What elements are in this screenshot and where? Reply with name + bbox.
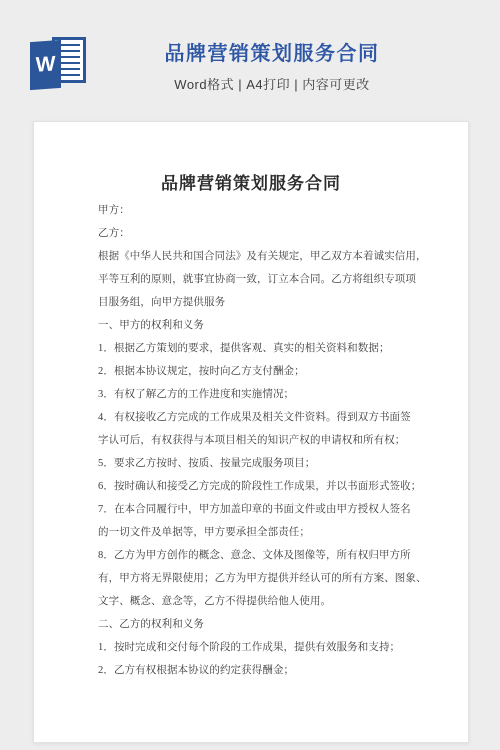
doc-line: 目服务组，向甲方提供服务: [98, 291, 412, 314]
header: W 品牌营销策划服务合同 Word格式 | A4打印 | 内容可更改: [0, 0, 500, 121]
document-body: 甲方： 乙方： 根据《中华人民共和国合同法》及有关规定，甲乙双方本着诚实信用， …: [34, 199, 468, 682]
doc-line: 的一切文件及单据等，甲方要承担全部责任；: [98, 521, 412, 544]
doc-line: 5．要求乙方按时、按质、按量完成服务项目；: [98, 452, 412, 475]
doc-line: 1．按时完成和交付每个阶段的工作成果，提供有效服务和支持；: [98, 636, 412, 659]
doc-line: 文字、概念、意念等，乙方不得提供给他人使用。: [98, 590, 412, 613]
doc-line: 平等互利的原则，就事宜协商一致，订立本合同。乙方将组织专项项: [98, 268, 412, 291]
document-page: 品牌营销策划服务合同 甲方： 乙方： 根据《中华人民共和国合同法》及有关规定，甲…: [33, 121, 469, 743]
doc-line: 6．按时确认和接受乙方完成的阶段性工作成果，并以书面形式签收；: [98, 475, 412, 498]
header-text: 品牌营销策划服务合同 Word格式 | A4打印 | 内容可更改: [0, 42, 500, 93]
doc-line: 2．根据本协议规定，按时向乙方支付酬金；: [98, 360, 412, 383]
doc-line: 2．乙方有权根据本协议的约定获得酬金；: [98, 659, 412, 682]
doc-line: 有，甲方将无界限使用；乙方为甲方提供并经认可的所有方案、图象、: [98, 567, 412, 590]
doc-line-party-b: 乙方：: [98, 222, 412, 245]
doc-line: 7．在本合同履行中，甲方加盖印章的书面文件或由甲方授权人签名: [98, 498, 412, 521]
doc-line: 3．有权了解乙方的工作进度和实施情况；: [98, 383, 412, 406]
doc-line: 1．根据乙方策划的要求，提供客观、真实的相关资料和数据；: [98, 337, 412, 360]
doc-line: 根据《中华人民共和国合同法》及有关规定，甲乙双方本着诚实信用，: [98, 245, 412, 268]
doc-line: 4．有权接收乙方完成的工作成果及相关文件资料。得到双方书面签: [98, 406, 412, 429]
doc-section-heading: 二、乙方的权利和义务: [98, 613, 412, 636]
doc-line: 8．乙方为甲方创作的概念、意念、文体及图像等，所有权归甲方所: [98, 544, 412, 567]
header-title: 品牌营销策划服务合同: [44, 42, 500, 66]
document-title: 品牌营销策划服务合同: [34, 169, 468, 194]
doc-line: 字认可后，有权获得与本项目相关的知识产权的申请权和所有权；: [98, 429, 412, 452]
doc-line-party-a: 甲方：: [98, 199, 412, 222]
doc-section-heading: 一、甲方的权利和义务: [98, 314, 412, 337]
header-subtitle: Word格式 | A4打印 | 内容可更改: [44, 74, 500, 93]
